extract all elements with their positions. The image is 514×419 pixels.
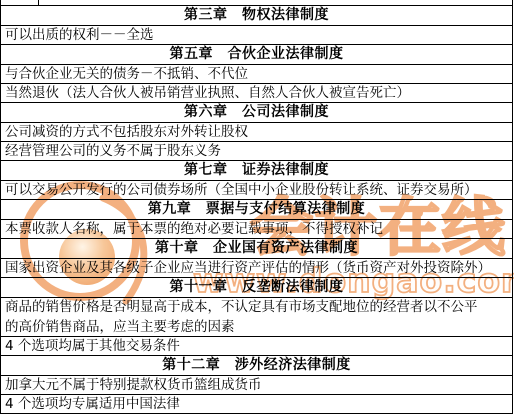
content-row: 4 个选项均专属适用中国法律	[1, 395, 512, 414]
content-row: 经营管理公司的义务不属于股东义务	[1, 142, 512, 161]
note-text: 国家出资企业及其各级子企业应当进行资产评估的情形（货币资产对外投资除外）	[5, 260, 491, 276]
note-text: 商品的销售价格是否明显高于成本，不认定具有市场支配地位的经营者以不公平的高价销售…	[5, 299, 478, 335]
chapter-header-row: 第十二章 涉外经济法律制度	[1, 356, 512, 376]
note-text: 与合伙企业无关的债务－不抵销、不代位	[5, 66, 248, 82]
content-row: 当然退伙（法人合伙人被吊销营业执照、自然人合伙人被宣告死亡）	[1, 84, 512, 103]
chapter-title: 第三章 物权法律制度	[184, 7, 329, 23]
chapter-title: 第五章 合伙企业法律制度	[170, 46, 344, 62]
note-text: 加拿大元不属于特别提款权货币篮组成货币	[5, 377, 262, 393]
note-text: 可以出质的权利－－全选	[5, 27, 154, 43]
content-row: 本票收款人名称，属于本票的绝对必要记载事项，不得授权补记	[1, 220, 512, 239]
note-text: 本票收款人名称，属于本票的绝对必要记载事项，不得授权补记	[5, 221, 383, 237]
note-text: 4 个选项均属于其他交易条件	[5, 338, 180, 354]
note-text: 公司减资的方式不包括股东对外转让股权	[5, 124, 248, 140]
note-text: 可以交易公开发行的公司债券场所（全国中小企业股份转让系统、证券交易所）	[5, 182, 478, 198]
content-row: 商品的销售价格是否明显高于成本，不认定具有市场支配地位的经营者以不公平的高价销售…	[1, 298, 512, 337]
chapter-title: 第六章 公司法律制度	[184, 104, 329, 120]
content-row: 可以出质的权利－－全选	[1, 26, 512, 45]
chapter-title: 第十一章 反垄断法律制度	[170, 279, 344, 295]
note-text: 4 个选项均专属适用中国法律	[5, 396, 180, 412]
chapter-title: 第七章 证券法律制度	[184, 162, 329, 178]
notes-table: 第三章 物权法律制度可以出质的权利－－全选第五章 合伙企业法律制度与合伙企业无关…	[0, 0, 513, 414]
content-row: 与合伙企业无关的债务－不抵销、不代位	[1, 65, 512, 84]
chapter-header-row: 第七章 证券法律制度	[1, 161, 512, 181]
content-row: 可以交易公开发行的公司债券场所（全国中小企业股份转让系统、证券交易所）	[1, 181, 512, 200]
chapter-header-row: 第三章 物权法律制度	[1, 6, 512, 26]
chapter-title: 第九章 票据与支付结算法律制度	[148, 201, 366, 217]
chapter-title: 第十章 企业国有资产法律制度	[155, 240, 358, 256]
content-row: 加拿大元不属于特别提款权货币篮组成货币	[1, 376, 512, 395]
chapter-header-row: 第十章 企业国有资产法律制度	[1, 239, 512, 259]
chapter-header-row: 第十一章 反垄断法律制度	[1, 278, 512, 298]
chapter-header-row: 第六章 公司法律制度	[1, 103, 512, 123]
page: 会计在线 www.dongao.com 第三章 物权法律制度可以出质的权利－－全…	[0, 0, 514, 419]
content-row: 4 个选项均属于其他交易条件	[1, 337, 512, 356]
note-text: 当然退伙（法人合伙人被吊销营业执照、自然人合伙人被宣告死亡）	[5, 85, 410, 101]
chapter-header-row: 第九章 票据与支付结算法律制度	[1, 200, 512, 220]
content-row: 国家出资企业及其各级子企业应当进行资产评估的情形（货币资产对外投资除外）	[1, 259, 512, 278]
chapter-title: 第十二章 涉外经济法律制度	[162, 357, 351, 373]
note-text: 经营管理公司的义务不属于股东义务	[5, 143, 221, 159]
chapter-header-row: 第五章 合伙企业法律制度	[1, 45, 512, 65]
content-row: 公司减资的方式不包括股东对外转让股权	[1, 123, 512, 142]
